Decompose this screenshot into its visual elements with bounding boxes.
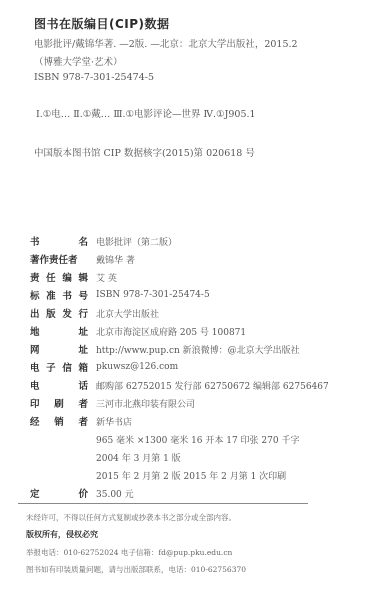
cip-bibliographic-line: 电影批评/戴锦华著. —2版. —北京：北京大学出版社，2015.2 — [34, 36, 298, 50]
colophon-row: 印刷者三河市北燕印装有限公司 — [30, 395, 195, 411]
colophon-row: 965 毫米 ×1300 毫米 16 开本 17 印张 270 千字 — [30, 431, 299, 447]
colophon-label: 责任编辑 — [30, 270, 88, 284]
colophon-row: 2015 年 2 月第 2 版 2015 年 2 月第 1 次印刷 — [30, 467, 286, 483]
cip-series-line: （博雅大学堂·艺术） — [34, 54, 123, 68]
colophon-row: 出版发行北京大学出版社 — [30, 305, 159, 321]
colophon-value: ISBN 978-7-301-25474-5 — [96, 290, 210, 300]
colophon-row: 电子信箱pkuwsz@126.com — [30, 359, 178, 375]
colophon-label: 著作责任者 — [30, 252, 88, 266]
colophon-label-char: 名 — [78, 234, 88, 248]
colophon-label-char: 电 — [30, 360, 40, 374]
colophon-value: pkuwsz@126.com — [96, 362, 178, 372]
colophon-label-char: 话 — [78, 378, 88, 392]
colophon-label: 网址 — [30, 342, 88, 356]
colophon-row: 定价35.00 元 — [30, 485, 134, 501]
colophon-label-char: 书 — [62, 288, 72, 302]
cip-title: 图书在版编目(CIP)数据 — [34, 15, 170, 32]
colophon-label-char: 箱 — [78, 360, 88, 374]
colophon-value: 戴锦华 著 — [96, 253, 135, 266]
colophon-row: 电话邮购部 62752015 发行部 62750672 编辑部 62756467 — [30, 377, 329, 393]
colophon-value: 新华书店 — [96, 415, 132, 428]
colophon-label-char: 编 — [62, 270, 72, 284]
colophon-label: 印刷者 — [30, 396, 88, 410]
rights-reserved: 版权所有，侵权必究 — [26, 529, 98, 540]
colophon-row: 责任编辑艾 英 — [30, 269, 117, 285]
cip-number-line: 中国版本图书馆 CIP 数据核字(2015)第 020618 号 — [34, 145, 255, 159]
cip-isbn-line: ISBN 978-7-301-25474-5 — [34, 72, 154, 83]
separator-line — [18, 503, 308, 504]
colophon-label: 出版发行 — [30, 306, 88, 320]
colophon-label-char: 电 — [30, 378, 40, 392]
colophon-label-char: 准 — [46, 288, 56, 302]
colophon-value: 2015 年 2 月第 2 版 2015 年 2 月第 1 次印刷 — [96, 469, 286, 482]
colophon-label-char: 信 — [62, 360, 72, 374]
colophon-label: 地址 — [30, 324, 88, 338]
colophon-value: 北京大学出版社 — [96, 307, 159, 320]
colophon-label-char: 址 — [78, 324, 88, 338]
colophon-value: 三河市北燕印装有限公司 — [96, 397, 195, 410]
colophon-label-char: 著作责任者 — [30, 252, 78, 266]
colophon-value: 邮购部 62752015 发行部 62750672 编辑部 62756467 — [96, 379, 329, 392]
colophon-label-char: 行 — [78, 306, 88, 320]
colophon-label: 书名 — [30, 234, 88, 248]
colophon-label: 经销者 — [30, 414, 88, 428]
colophon-label: 标准书号 — [30, 288, 88, 302]
colophon-label-char: 者 — [78, 414, 88, 428]
colophon-row: 标准书号ISBN 978-7-301-25474-5 — [30, 287, 210, 303]
colophon-label-char: 网 — [30, 342, 40, 356]
colophon-label-char: 责 — [30, 270, 40, 284]
copyright-notice: 未经许可，不得以任何方式复制或抄袭本书之部分或全部内容。 — [26, 512, 236, 523]
colophon-value: 艾 英 — [96, 271, 117, 284]
colophon-label-char: 销 — [54, 414, 64, 428]
colophon-label: 电话 — [30, 378, 88, 392]
colophon-row: 著作责任者戴锦华 著 — [30, 251, 135, 267]
colophon-label-char: 址 — [78, 342, 88, 356]
colophon-label-char: 者 — [78, 396, 88, 410]
report-contact: 举报电话：010-62752024 电子信箱：fd@pup.pku.edu.cn — [26, 547, 232, 558]
colophon-label-char: 书 — [30, 234, 40, 248]
colophon-label-char: 地 — [30, 324, 40, 338]
colophon-label-char: 刷 — [54, 396, 64, 410]
colophon-label-char: 经 — [30, 414, 40, 428]
colophon-label-char: 号 — [78, 288, 88, 302]
colophon-label-char: 标 — [30, 288, 40, 302]
colophon-label-char: 定 — [30, 486, 40, 500]
colophon-row: 2004 年 3 月第 1 版 — [30, 449, 181, 465]
colophon-label-char: 子 — [46, 360, 56, 374]
colophon-row: 地址北京市海淀区成府路 205 号 100871 — [30, 323, 246, 339]
colophon-label-char: 价 — [78, 486, 88, 500]
colophon-row: 经销者新华书店 — [30, 413, 132, 429]
colophon-value: 965 毫米 ×1300 毫米 16 开本 17 印张 270 千字 — [96, 433, 299, 446]
colophon-row: 网址http://www.pup.cn 新浪微博：@北京大学出版社 — [30, 341, 300, 357]
colophon-label-char: 发 — [62, 306, 72, 320]
quality-contact: 图书如有印装质量问题，请与出版部联系，电话：010-62756370 — [26, 564, 246, 575]
colophon-value: 电影批评（第二版） — [96, 235, 177, 248]
colophon-label-char: 印 — [30, 396, 40, 410]
colophon-label: 定价 — [30, 486, 88, 500]
colophon-label-char: 出 — [30, 306, 40, 320]
colophon-value: 35.00 元 — [96, 487, 134, 500]
colophon-label-char: 版 — [46, 306, 56, 320]
colophon-value: http://www.pup.cn 新浪微博：@北京大学出版社 — [96, 343, 300, 356]
colophon-row: 书名电影批评（第二版） — [30, 233, 177, 249]
colophon-label: 电子信箱 — [30, 360, 88, 374]
cip-classification-line: Ⅰ.①电… Ⅱ.①戴… Ⅲ.①电影评论—世界 Ⅳ.①J905.1 — [36, 106, 256, 120]
colophon-label-char: 任 — [46, 270, 56, 284]
colophon-label-char: 辑 — [78, 270, 88, 284]
colophon-value: 北京市海淀区成府路 205 号 100871 — [96, 325, 246, 338]
colophon-value: 2004 年 3 月第 1 版 — [96, 451, 181, 464]
